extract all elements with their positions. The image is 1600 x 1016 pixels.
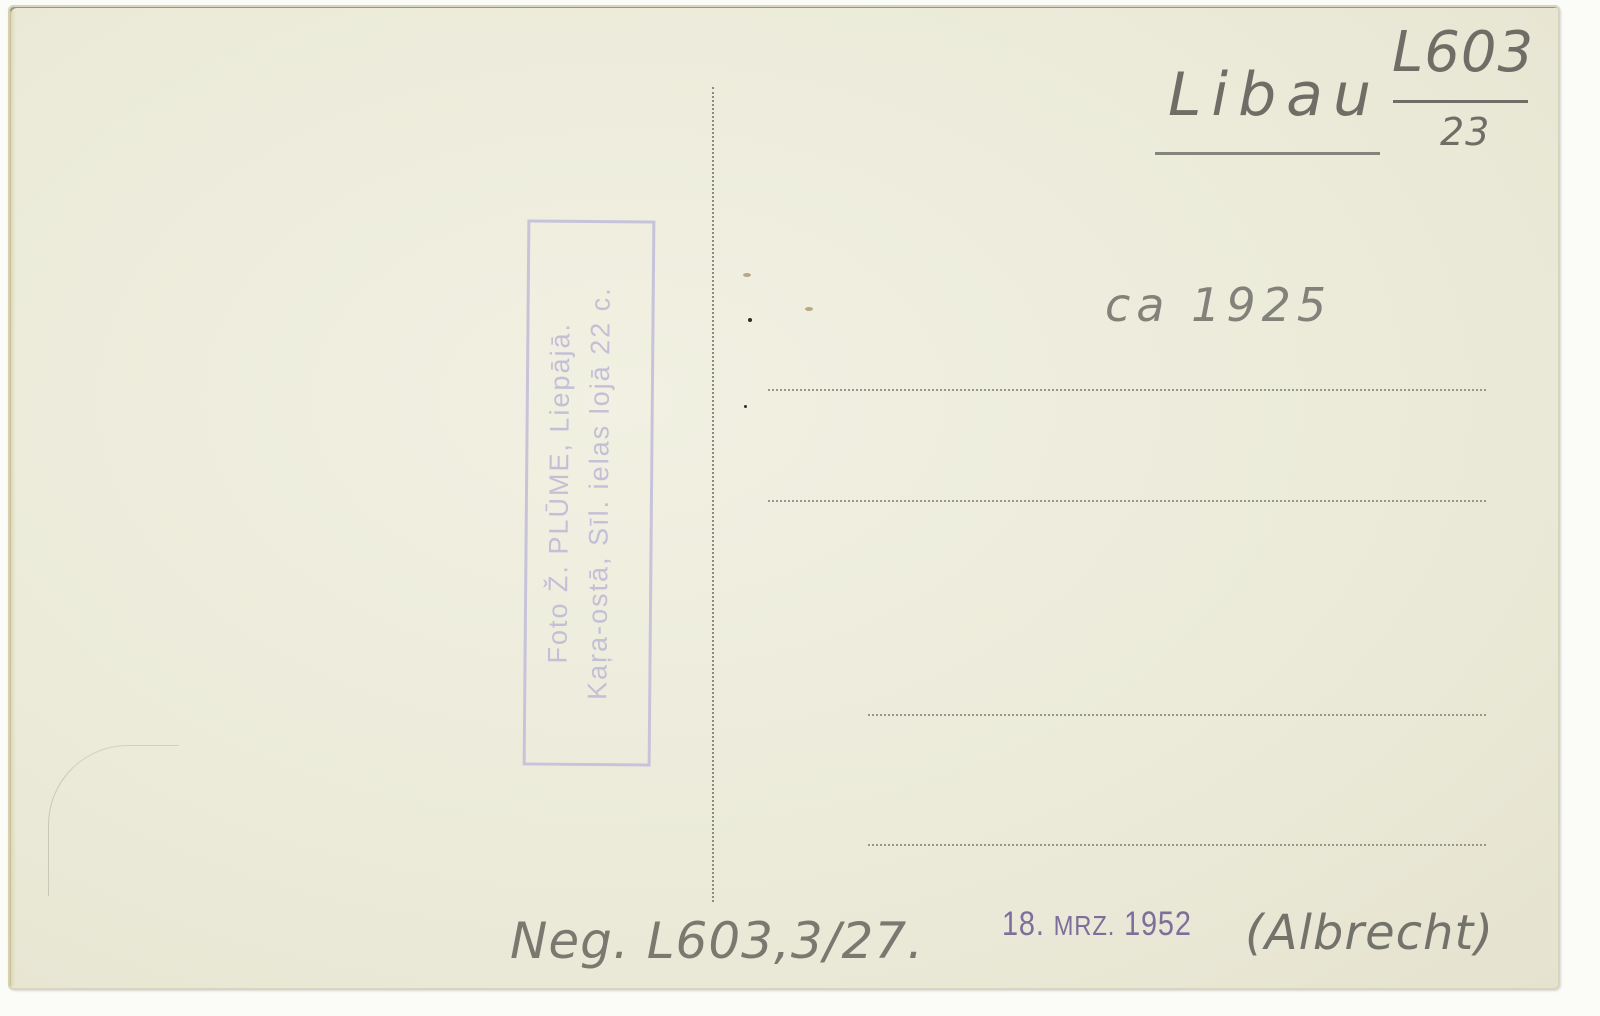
- date-stamp-day: 18.: [1002, 905, 1045, 943]
- paper-speck: [743, 273, 751, 277]
- photographer-stamp-line2: Kaŗa-ostā, Sīl. ielas lojā 22 c.: [577, 233, 622, 753]
- place-name-underline: [1155, 152, 1380, 155]
- date-stamp-year: 1952: [1124, 905, 1192, 943]
- photographer-stamp-line1: Foto Ž. PLŪME, Liepājā.: [537, 233, 582, 753]
- date-stamp: 18. MRZ. 1952: [1002, 905, 1192, 944]
- handwritten-date-estimate: ca 1925: [1105, 278, 1332, 332]
- handwritten-catalog-numerator: L603: [1392, 20, 1534, 85]
- paper-speck: [805, 307, 813, 311]
- handwritten-catalog-denominator: 23: [1440, 110, 1490, 154]
- card-edge: [8, 11, 16, 986]
- vertical-divider: [712, 87, 714, 902]
- handwritten-place-name: Libau: [1168, 60, 1381, 130]
- photographer-stamp: Foto Ž. PLŪME, Liepājā. Kaŗa-ostā, Sīl. …: [523, 219, 656, 766]
- paper-speck: [744, 405, 747, 408]
- address-line-4: [868, 844, 1486, 846]
- address-line-3: [868, 714, 1486, 716]
- address-line-1: [768, 389, 1486, 391]
- catalog-fraction-bar: [1393, 100, 1528, 103]
- date-stamp-month: MRZ.: [1054, 910, 1116, 941]
- paper-speck: [748, 318, 752, 322]
- pencil-mark: [48, 745, 179, 896]
- address-line-2: [768, 500, 1486, 502]
- handwritten-negative-number: Neg. L603,3/27.: [510, 912, 924, 970]
- handwritten-signature: (Albrecht): [1245, 905, 1494, 961]
